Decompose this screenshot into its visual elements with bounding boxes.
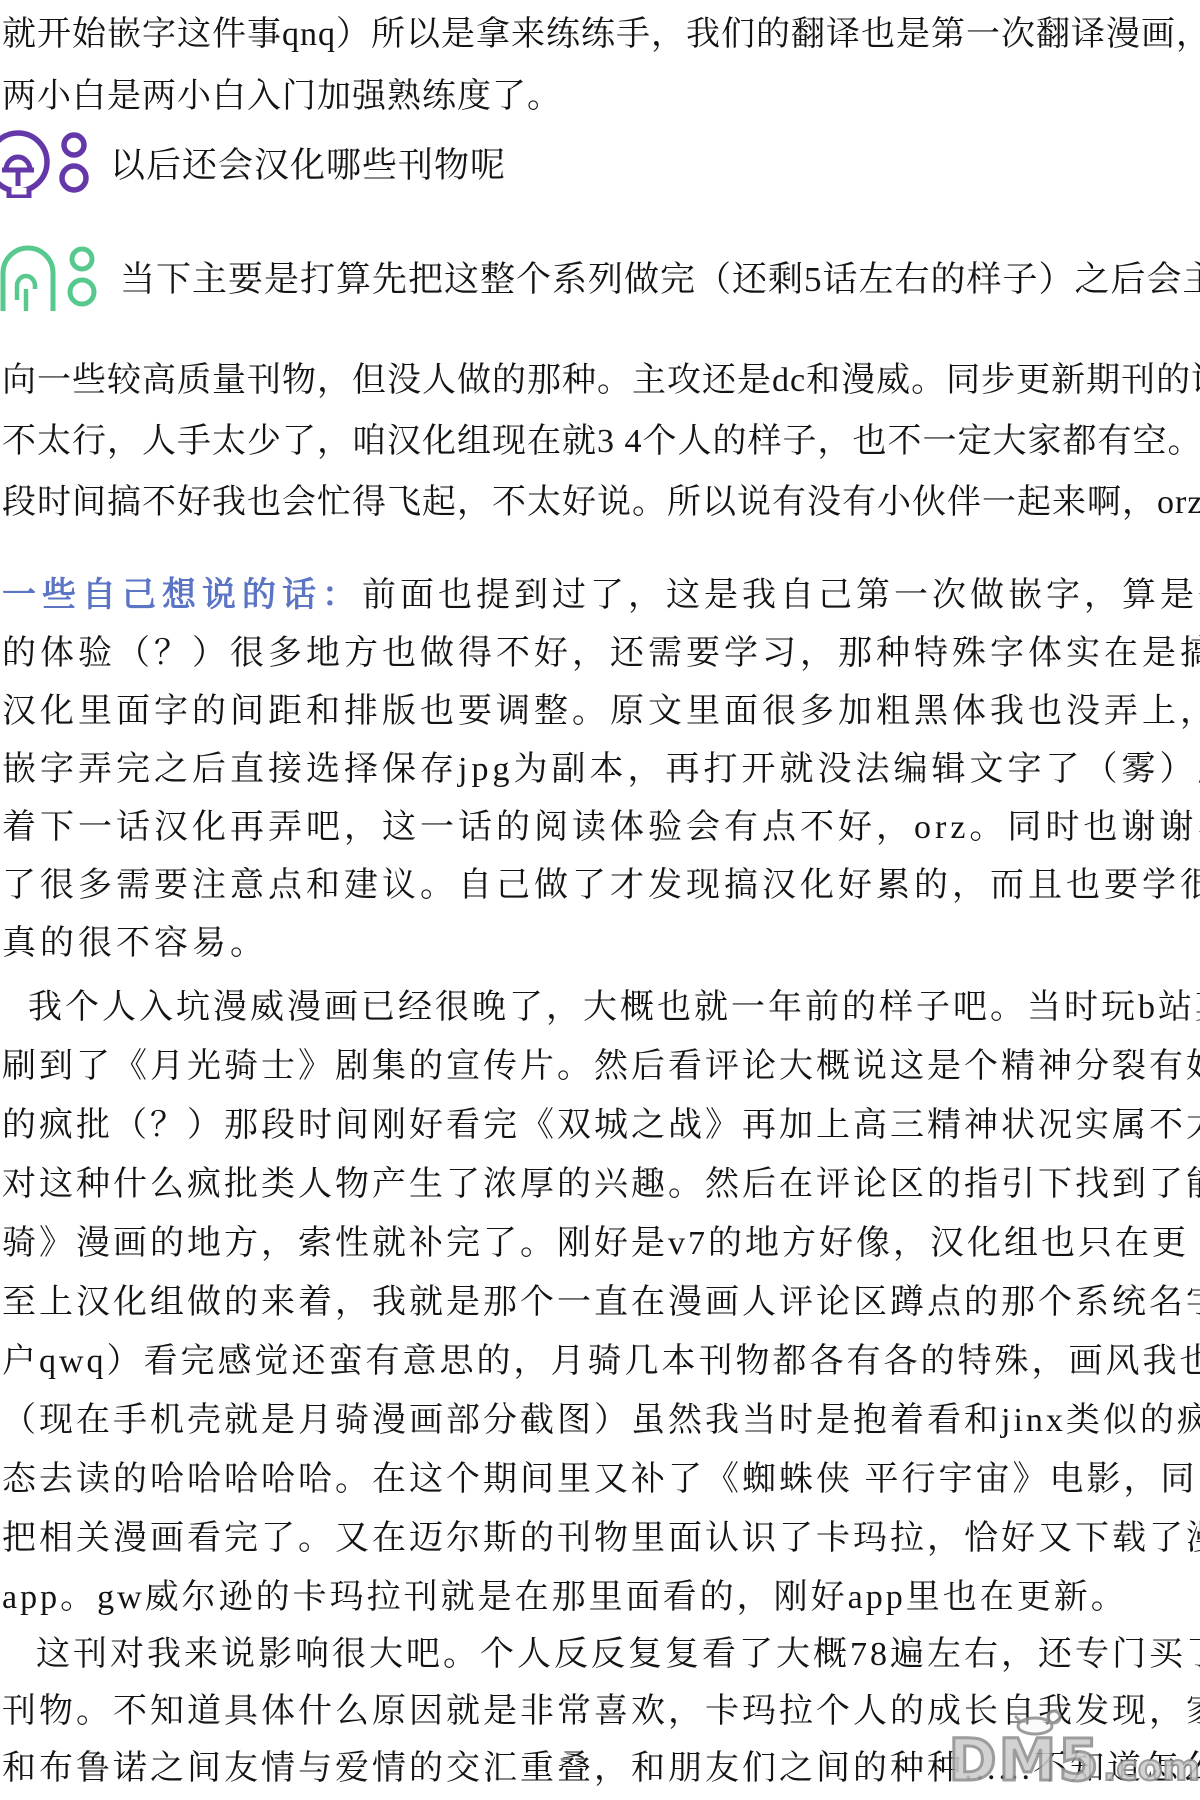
text-line: 态去读的哈哈哈哈哈。在这个期间里又补了《蜘蛛侠 平行宇宙》电影，同时又因此 — [0, 1450, 1200, 1509]
text-line: 段时间搞不好我也会忙得飞起，不太好说。所以说有没有小伙伴一起来啊，orz — [0, 472, 1200, 533]
section-heading: 一些自己想说的话： — [2, 576, 362, 614]
text-line: 刷到了《月光骑士》剧集的宣传片。然后看评论大概说这是个精神分裂有好多人格 — [0, 1037, 1200, 1096]
question-q-icon — [0, 128, 98, 198]
question-row: 以后还会汉化哪些刊物呢 — [0, 126, 506, 200]
text-line: 真的很不容易。 — [0, 915, 1200, 973]
marvel-story-paragraph: 我个人入坑漫威漫画已经很晚了，大概也就一年前的样子吧。当时玩b站莫名其妙 刷到了… — [0, 978, 1200, 1627]
question-text: 以后还会汉化哪些刊物呢 — [110, 138, 506, 188]
text-line: 汉化里面字的间距和排版也要调整。原文里面很多加粗黑体我也没弄上，因为我 — [0, 683, 1200, 741]
text-line: 的体验（？）很多地方也做得不好，还需要学习，那种特殊字体实在是搞不来， — [0, 625, 1200, 683]
text-line: 我个人入坑漫威漫画已经很晚了，大概也就一年前的样子吧。当时玩b站莫名其妙 — [0, 978, 1200, 1037]
text-line: 着下一话汉化再弄吧，这一话的阅读体验会有点不好，orz。同时也谢谢马洛提出 — [0, 799, 1200, 857]
text-line: （现在手机壳就是月骑漫画部分截图）虽然我当时是抱着看和jinx类似的疯批的心 — [0, 1391, 1200, 1450]
text-line: 了很多需要注意点和建议。自己做了才发现搞汉化好累的，而且也要学很多技巧，， — [0, 857, 1200, 915]
text-line: 户qwq）看完感觉还蛮有意思的，月骑几本刊物都各有各的特殊，画风我也挺喜欢 — [0, 1332, 1200, 1391]
intro-paragraph: 就开始嵌字这件事qnq）所以是拿来练练手，我们的翻译也是第一次翻译漫画，算两小白… — [0, 4, 1200, 128]
watermark-suffix-text: .com — [1103, 1748, 1200, 1789]
text-line: app。gw威尔逊的卡玛拉刊就是在那里面看的，刚好app里也在更新。 — [0, 1568, 1200, 1627]
personal-notes-paragraph: 一些自己想说的话：前面也提到过了，这是我自己第一次做嵌字，算是个比较新 的体验（… — [0, 566, 1200, 973]
text-line: 一些自己想说的话：前面也提到过了，这是我自己第一次做嵌字，算是个比较新 — [0, 566, 1200, 625]
dm5-watermark: DM5 .com — [949, 1726, 1200, 1794]
manga-afterword-page: 就开始嵌字这件事qnq）所以是拿来练练手，我们的翻译也是第一次翻译漫画，算两小白… — [0, 0, 1200, 1800]
answer-paragraph: 向一些较高质量刊物，但没人做的那种。主攻还是dc和漫威。同步更新期刊的话应不太行… — [0, 350, 1200, 533]
text-line: 嵌字弄完之后直接选择保存jpg为副本，再打开就没法编辑文字了（雾）所以等 — [0, 741, 1200, 799]
text-line: 对这种什么疯批类人物产生了浓厚的兴趣。然后在评论区的指引下找到了能看《月 — [0, 1155, 1200, 1214]
text-line: 两小白是两小白入门加强熟练度了。 — [0, 66, 1200, 128]
text-line: 这刊对我来说影响很大吧。个人反反复复看了大概78遍左右，还专门买了原版 — [0, 1626, 1200, 1683]
answer-first-line: 当下主要是打算先把这整个系列做完（还剩5话左右的样子）之后会主要转 — [120, 252, 1200, 302]
text-line: 的疯批（？）那段时间刚好看完《双城之战》再加上高三精神状况实属不太按正常 — [0, 1096, 1200, 1155]
answer-a-icon — [0, 242, 106, 312]
text-line: 不太行，人手太少了，咱汉化组现在就3 4个人的样子，也不一定大家都有空。过 — [0, 411, 1200, 472]
text-line: 至上汉化组做的来着，我就是那个一直在漫画人评论区蹲点的那个系统名字四川用 — [0, 1273, 1200, 1332]
answer-row: 当下主要是打算先把这整个系列做完（还剩5话左右的样子）之后会主要转 — [0, 240, 1200, 314]
text-segment: 前面也提到过了，这是我自己第一次做嵌字，算是个比较新 — [362, 577, 1200, 614]
text-lines: 的体验（？）很多地方也做得不好，还需要学习，那种特殊字体实在是搞不来，汉化里面字… — [0, 625, 1200, 857]
text-lines: 刷到了《月光骑士》剧集的宣传片。然后看评论大概说这是个精神分裂有好多人格的疯批（… — [0, 1037, 1200, 1627]
text-segment: 了很多需要注意点和建议。自己做了才发现搞汉化好累的，而且也要学很多技巧， — [2, 867, 1200, 904]
text-line: 向一些较高质量刊物，但没人做的那种。主攻还是dc和漫威。同步更新期刊的话应 — [0, 350, 1200, 411]
text-line: 把相关漫画看完了。又在迈尔斯的刊物里面认识了卡玛拉，恰好又下载了漫威无限 — [0, 1509, 1200, 1568]
dm5-mascot-icon — [1013, 1708, 1065, 1740]
text-line: 骑》漫画的地方，索性就补完了。刚好是v7的地方好像，汉化组也只在更（是惩罚 — [0, 1214, 1200, 1273]
text-line: 就开始嵌字这件事qnq）所以是拿来练练手，我们的翻译也是第一次翻译漫画，算 — [0, 4, 1200, 66]
